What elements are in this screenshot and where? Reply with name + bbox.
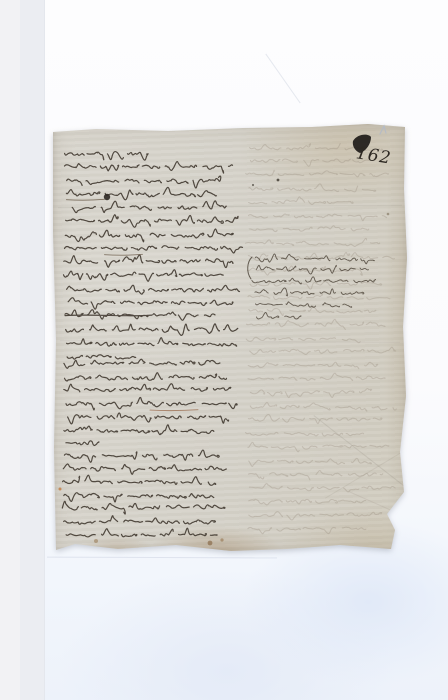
manuscript-leaf-shadow [0,0,448,700]
paper-crease [325,446,411,498]
paper-crease [348,491,425,526]
scanned-manuscript-page: 162 [0,0,448,700]
manuscript-leaf [0,0,448,700]
paper-crease [313,415,416,496]
paper-crease [58,205,402,208]
paper-surface [53,124,407,552]
paper-crease [60,340,400,343]
